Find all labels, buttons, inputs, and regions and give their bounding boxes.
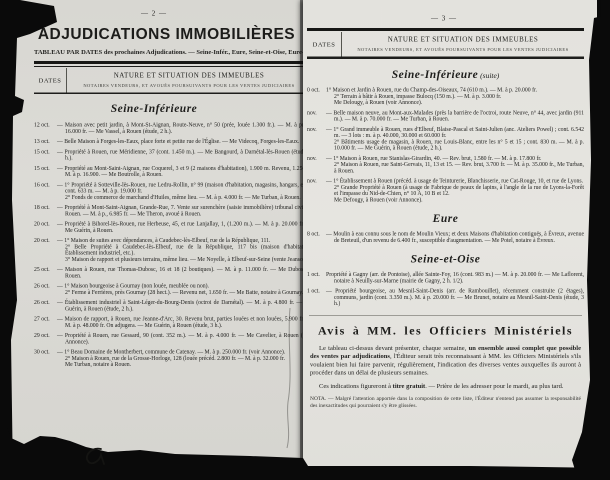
entry-text: — 1° Grand immeuble à Rouen, rues d'Elbe… [326, 126, 584, 151]
auction-entry: 26 oct. — 1° Maison bourgeoise à Gournay… [34, 283, 312, 296]
auction-entry: 1 oct. Propriété à Gagny (arr. de Pontoi… [307, 272, 584, 285]
entry-date: 0 oct. [307, 87, 326, 106]
dates-column-header: DATES [307, 32, 342, 57]
auction-entry: 12 oct. — Maison avec petit jardin, à Mo… [34, 122, 312, 135]
right-entries-seine-et-oise: 1 oct. Propriété à Gagny (arr. de Pontoi… [307, 272, 584, 307]
right-table-header: DATES NATURE ET SITUATION DES IMMEUBLES … [307, 28, 584, 59]
auction-entry: 25 oct. — Maison à Rouen, rue Thomas-Dub… [34, 267, 312, 280]
section-heading-text: Seine-Inférieure [392, 68, 479, 81]
nota-paragraph: NOTA. — Malgré l'attention apportée dans… [310, 395, 581, 409]
entry-date: 1 oct. [307, 288, 326, 307]
entry-text: — Propriété à Rouen, rue Méridienne, 37 … [57, 149, 312, 162]
entry-text: — Maison avec petit jardin, à Mont-St-Ai… [57, 122, 312, 135]
entry-text: — 1° Maison de suites avec dépendances, … [57, 238, 312, 263]
auction-entry: nov. — 1° Grand immeuble à Rouen, rues d… [307, 126, 584, 151]
auction-entry: 1 oct. — Propriété bourgeoise, au Mesnil… [307, 288, 584, 307]
entry-text: — Maison de rapport, à Rouen, rue Jeanne… [57, 316, 312, 329]
right-entries-seine-inferieure: 0 oct. 1° Maison et Jardin à Rouen, rue … [307, 87, 584, 203]
entry-date: 16 oct. [34, 182, 57, 201]
entry-text: 1° Maison et Jardin à Rouen, rue du Cham… [326, 87, 584, 106]
left-subtitle: TABLEAU PAR DATES des prochaines Adjudic… [34, 48, 312, 56]
entry-text: — Propriété au Mont-Saint-Aignan, rue Co… [57, 165, 312, 178]
left-page: — 2 — ADJUDICATIONS IMMOBILIÈRES TABLEAU… [6, 0, 312, 459]
entry-text: — Propriété bourgeoise, au Mesnil-Saint-… [326, 288, 584, 307]
entry-date: 26 oct. [34, 300, 57, 313]
entry-text: — Moulin à eau connu sous le nom de Moul… [326, 231, 584, 244]
entry-date: nov. [307, 110, 326, 123]
entry-text: — Belle maison neuve, au Mont-aux-Malade… [326, 110, 584, 123]
right-page: — 3 — DATES NATURE ET SITUATION DES IMME… [303, 0, 597, 470]
auction-entry: nov. — 1° Maison à Rouen, rue Stanislas-… [307, 155, 584, 174]
entry-text: — 1° Établissement à Rouen (précéd. à us… [326, 178, 584, 203]
entry-text: Propriété à Gagny (arr. de Pontoise), al… [326, 272, 584, 285]
auction-entry: 8 oct. — Moulin à eau connu sous le nom … [307, 231, 584, 244]
entry-date: 25 oct. [34, 267, 57, 280]
notice-paragraph-2: Ces indications figureront à titre gratu… [310, 382, 581, 390]
entry-date: nov. [307, 155, 326, 174]
auction-entry: 27 oct. — Maison de rapport, à Rouen, ru… [34, 316, 312, 329]
auction-entry: 0 oct. 1° Maison et Jardin à Rouen, rue … [307, 87, 584, 106]
notice-p2-text: Ces indications figureront à [319, 382, 393, 390]
scanned-document: { "scan": { "backdrop_color": "#0a0a0a",… [0, 0, 610, 480]
dates-column-header: DATES [34, 68, 67, 93]
entry-date: 20 oct. [34, 221, 57, 234]
entry-date: 13 oct. [34, 139, 57, 145]
right-entries-eure: 8 oct. — Moulin à eau connu sous le nom … [307, 231, 584, 244]
entry-date: 15 oct. [34, 149, 57, 162]
auction-entry: 30 oct. — 1° Beau Domaine de Montherbert… [34, 349, 312, 368]
entry-text: — Propriété à Bihorel-lès-Rouen, rue Her… [57, 221, 312, 234]
entry-text: — 1° Beau Domaine de Montherbert, commun… [57, 349, 312, 368]
entry-text: — Propriété à Mont-Saint-Aignan, Grande-… [57, 205, 312, 218]
notice-p2-text: . — Prière de les adresser pour le mardi… [425, 382, 563, 390]
notice-p1-text: Le tableau ci-dessus devant présenter, c… [319, 344, 469, 352]
notaires-header-line2: NOTAIRES VENDEURS, ET AVOUÉS POURSUIVANT… [344, 47, 582, 52]
entry-date: 20 oct. [34, 238, 57, 263]
entry-date: 18 oct. [34, 205, 57, 218]
auction-entry: nov. — Belle maison neuve, au Mont-aux-M… [307, 110, 584, 123]
entry-date: 30 oct. [34, 349, 57, 368]
entry-date: 12 oct. [34, 122, 57, 135]
auction-entry: 20 oct. — 1° Maison de suites avec dépen… [34, 238, 312, 263]
section-heading-suffix: (suite) [478, 72, 499, 80]
entry-date: 1 oct. [307, 272, 326, 285]
entry-date: 27 oct. [34, 316, 57, 329]
entry-text: — Maison à Rouen, rue Thomas-Dubosc, 16 … [57, 267, 312, 280]
newspaper-title: ADJUDICATIONS IMMOBILIÈRES [34, 25, 299, 43]
entry-text: — 1° Propriété à Sotteville-lès-Rouen, r… [57, 182, 312, 201]
left-page-number: — 2 — [34, 10, 274, 18]
nature-header-line1: NATURE ET SITUATION DES IMMEUBLES [69, 72, 309, 80]
entry-text: — Belle Maison à Forges-les-Eaux, place … [57, 139, 312, 145]
section-heading-eure: Eure [307, 212, 584, 225]
auction-entry: 15 oct. — Propriété à Rouen, rue Méridie… [34, 149, 312, 162]
notice-paragraph-1: Le tableau ci-dessus devant présenter, c… [310, 344, 581, 377]
notice-divider [309, 315, 582, 316]
section-heading-seine-inferieure-suite: Seine-Inférieure (suite) [307, 68, 584, 81]
entry-date: 26 oct. [34, 283, 57, 296]
entry-date: 29 oct. [34, 333, 57, 346]
auction-entry: 15 oct. — Propriété au Mont-Saint-Aignan… [34, 165, 312, 178]
left-table-header: DATES NATURE ET SITUATION DES IMMEUBLES … [34, 61, 311, 94]
notaires-header-line2: NOTAIRES VENDEURS, ET AVOUÉS POURSUIVANT… [69, 83, 309, 88]
auction-entry: 26 oct. — Établissement industriel à Sai… [34, 300, 312, 313]
auction-entry: 18 oct. — Propriété à Mont-Saint-Aignan,… [34, 205, 312, 218]
left-entries-list: 12 oct. — Maison avec petit jardin, à Mo… [34, 122, 312, 368]
auction-entry: 29 oct. — Propriété à Rouen, rue Gessard… [34, 333, 312, 346]
entry-text: — 1° Maison à Rouen, rue Stanislas-Girar… [326, 155, 584, 174]
auction-entry: 13 oct. — Belle Maison à Forges-les-Eaux… [34, 139, 312, 145]
section-heading-seine-et-oise: Seine-et-Oise [307, 253, 584, 266]
auction-entry: 16 oct. — 1° Propriété à Sotteville-lès-… [34, 182, 312, 201]
entry-text: — Établissement industriel à Saint-Léger… [57, 300, 312, 313]
auction-entry: 20 oct. — Propriété à Bihorel-lès-Rouen,… [34, 221, 312, 234]
entry-date: 15 oct. [34, 165, 57, 178]
section-heading-seine-inferieure: Seine-Inférieure [34, 102, 274, 115]
nature-header-line1: NATURE ET SITUATION DES IMMEUBLES [344, 36, 582, 44]
entry-text: — 1° Maison bourgeoise à Gournay (non lo… [57, 283, 312, 296]
entry-date: 8 oct. [307, 231, 326, 244]
notice-p2-bold: titre gratuit [393, 382, 426, 390]
rule-heavy [307, 28, 584, 31]
right-page-number: — 3 — [307, 15, 581, 23]
notice-title: Avis à MM. les Officiers Ministériels [307, 324, 584, 338]
entry-date: nov. [307, 178, 326, 203]
rule-heavy [34, 61, 311, 64]
entry-date: nov. [307, 126, 326, 151]
auction-entry: nov. — 1° Établissement à Rouen (précéd.… [307, 178, 584, 203]
entry-text: — Propriété à Rouen, rue Gessard, 90 (co… [57, 333, 312, 346]
rule-thin [34, 66, 311, 67]
